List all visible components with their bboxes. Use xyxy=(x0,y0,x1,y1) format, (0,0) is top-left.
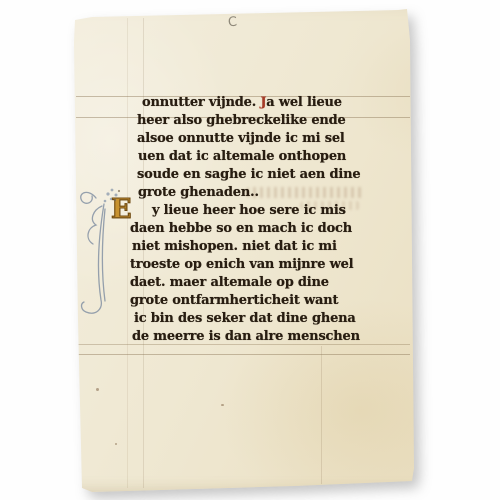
ruling-line-vertical-left-outer xyxy=(127,18,128,488)
ruling-line-top-2 xyxy=(76,117,410,118)
text-segment: niet mishopen. niet dat ic mi xyxy=(132,239,337,254)
manuscript-line: niet mishopen. niet dat ic mi xyxy=(130,238,380,256)
show-through-text-smudge xyxy=(246,187,364,198)
stain-speck xyxy=(115,443,117,445)
text-segment: a wel lieue xyxy=(266,95,342,110)
manuscript-line: troeste op enich van mijnre wel xyxy=(130,256,380,274)
text-segment: de meerre is dan alre menschen xyxy=(132,329,360,344)
manuscript-line: y lieue heer hoe sere ic mis xyxy=(130,202,380,220)
text-segment: grote ghenaden.. xyxy=(138,185,259,200)
manuscript-line: soude en saghe ic niet aen dine xyxy=(130,166,380,184)
rubricated-initial: J xyxy=(260,95,266,110)
ruling-line-top-1 xyxy=(76,96,410,97)
text-segment: troeste op enich van mijnre wel xyxy=(130,257,353,272)
text-segment: grote ontfarmherticheit want xyxy=(130,293,338,308)
manuscript-line: daet. maer altemale op dine xyxy=(130,274,380,292)
text-segment: y lieue heer hoe sere ic mis xyxy=(152,203,346,218)
text-segment: heer also ghebreckelike ende xyxy=(137,113,346,128)
stain-speck xyxy=(221,404,224,406)
manuscript-line: alsoe onnutte vijnde ic mi sel xyxy=(130,130,380,148)
text-block: onnutter vijnde. Ja wel lieueheer also g… xyxy=(130,94,380,346)
text-segment: ic bin des seker dat dine ghena xyxy=(134,311,356,326)
ruling-line-vertical-right xyxy=(321,346,322,484)
ruling-line-bottom-1 xyxy=(76,344,410,345)
text-segment: daen hebbe so en mach ic doch xyxy=(130,221,352,236)
show-through-text-smudge xyxy=(300,201,360,210)
stain-speck xyxy=(96,388,99,391)
manuscript-line: uen dat ic altemale onthopen xyxy=(130,148,380,166)
photo-of-manuscript-leaf: C onnutter vijnde. Ja wel lieueheer also… xyxy=(0,0,500,500)
manuscript-line: grote ghenaden.. xyxy=(130,184,380,202)
manuscript-line: daen hebbe so en mach ic doch xyxy=(130,220,380,238)
leaf-shadow: C onnutter vijnde. Ja wel lieueheer also… xyxy=(0,0,500,500)
manuscript-line: de meerre is dan alre menschen xyxy=(130,328,380,346)
manuscript-line: onnutter vijnde. Ja wel lieue xyxy=(130,94,380,112)
text-segment: uen dat ic altemale onthopen xyxy=(138,149,346,164)
vellum-leaf: C onnutter vijnde. Ja wel lieueheer also… xyxy=(0,0,500,500)
pencil-mark-c: C xyxy=(227,15,237,31)
illuminated-initial: E xyxy=(111,196,132,224)
manuscript-line: heer also ghebreckelike ende xyxy=(130,112,380,130)
manuscript-line: grote ontfarmherticheit want xyxy=(130,292,380,310)
text-segment: onnutter vijnde. xyxy=(142,95,260,110)
penwork-flourish xyxy=(58,176,136,336)
ruling-line-bottom-2 xyxy=(76,354,410,355)
text-segment: daet. maer altemale op dine xyxy=(130,275,329,290)
text-segment: soude en saghe ic niet aen dine xyxy=(137,167,360,182)
text-segment: alsoe onnutte vijnde ic mi sel xyxy=(137,131,345,146)
ruling-line-vertical-left-inner xyxy=(143,18,144,488)
manuscript-line: ic bin des seker dat dine ghena xyxy=(130,310,380,328)
